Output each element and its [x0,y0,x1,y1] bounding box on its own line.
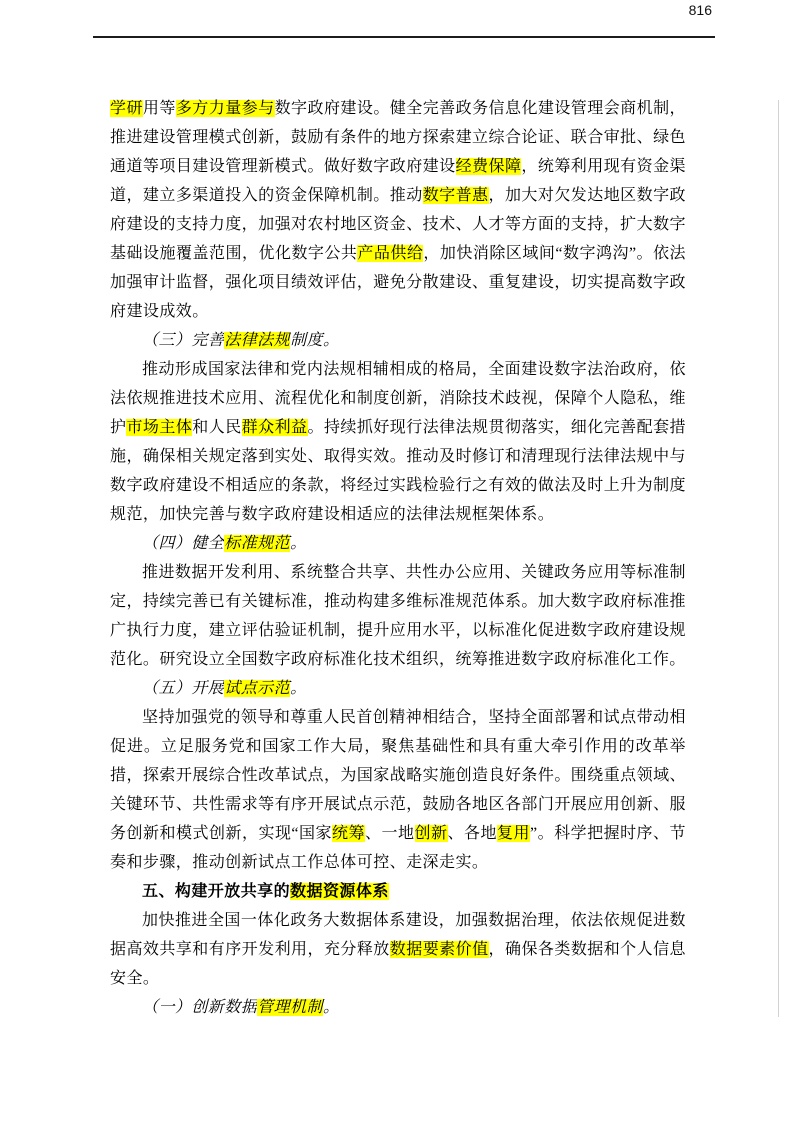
header-rule [93,36,715,38]
highlighted-text: 经费保障 [456,158,522,175]
document-body: 学研用等多方力量参与数字政府建设。健全完善政务信息化建设管理会商机制，推进建设管… [110,94,686,1022]
text-segment: 。 [323,999,339,1016]
sub-heading: （三）完善法律法规制度。 [110,326,686,355]
paragraph: 学研用等多方力量参与数字政府建设。健全完善政务信息化建设管理会商机制，推进建设管… [110,94,686,326]
highlighted-text: 数据资源体系 [290,883,389,900]
highlighted-text: 学研 [110,100,143,117]
document-page: 816 学研用等多方力量参与数字政府建设。健全完善政务信息化建设管理会商机制，推… [0,0,793,1122]
paragraph: 推进数据开发利用、系统整合共享、共性办公应用、关键政务应用等标准制定，持续完善已… [110,558,686,674]
text-segment: 、一地 [365,825,414,842]
highlighted-text: 多方力量参与 [176,100,275,117]
sub-heading: （五）开展试点示范。 [110,674,686,703]
sub-heading: （四）健全标准规范。 [110,529,686,558]
highlighted-text: 数据要素价值 [390,941,489,958]
text-segment: 用等 [143,100,176,117]
highlighted-text: 产品供给 [357,245,423,262]
highlighted-text: 群众利益 [242,419,308,436]
text-segment: （五）开展 [142,680,224,697]
highlighted-text: 统筹 [332,825,365,842]
highlighted-text: 复用 [497,825,530,842]
text-segment: 。 [290,535,306,552]
paragraph: 加快推进全国一体化政务大数据体系建设，加强数据治理，依法依规促进数据高效共享和有… [110,906,686,993]
highlighted-text: 管理机制 [257,999,323,1016]
highlighted-text: 法律法规 [224,332,290,349]
text-segment: 制度。 [290,332,339,349]
text-segment: 。 [290,680,306,697]
text-segment: 推进数据开发利用、系统整合共享、共性办公应用、关键政务应用等标准制定，持续完善已… [110,564,686,668]
section-heading: 五、构建开放共享的数据资源体系 [110,877,686,906]
highlighted-text: 创新 [415,825,448,842]
text-segment: 、各地 [448,825,497,842]
text-segment: 坚持加强党的领导和尊重人民首创精神相结合，坚持全面部署和试点带动相促进。立足服务… [110,709,686,842]
text-segment: （三）完善 [142,332,224,349]
highlighted-text: 标准规范 [224,535,290,552]
text-segment: 五、构建开放共享的 [142,883,290,900]
text-segment: 和人民 [192,419,241,436]
sub-heading: （一）创新数据管理机制。 [110,993,686,1022]
highlighted-text: 数字普惠 [423,187,489,204]
page-number: 816 [689,2,712,18]
paragraph: 坚持加强党的领导和尊重人民首创精神相结合，坚持全面部署和试点带动相促进。立足服务… [110,703,686,877]
paragraph: 推动形成国家法律和党内法规相辅相成的格局，全面建设数字法治政府，依法依规推进技术… [110,355,686,529]
page-edge-artifact [778,100,779,1017]
text-segment: （一）创新数据 [142,999,257,1016]
highlighted-text: 试点示范 [224,680,290,697]
highlighted-text: 市场主体 [126,419,192,436]
text-segment: （四）健全 [142,535,224,552]
